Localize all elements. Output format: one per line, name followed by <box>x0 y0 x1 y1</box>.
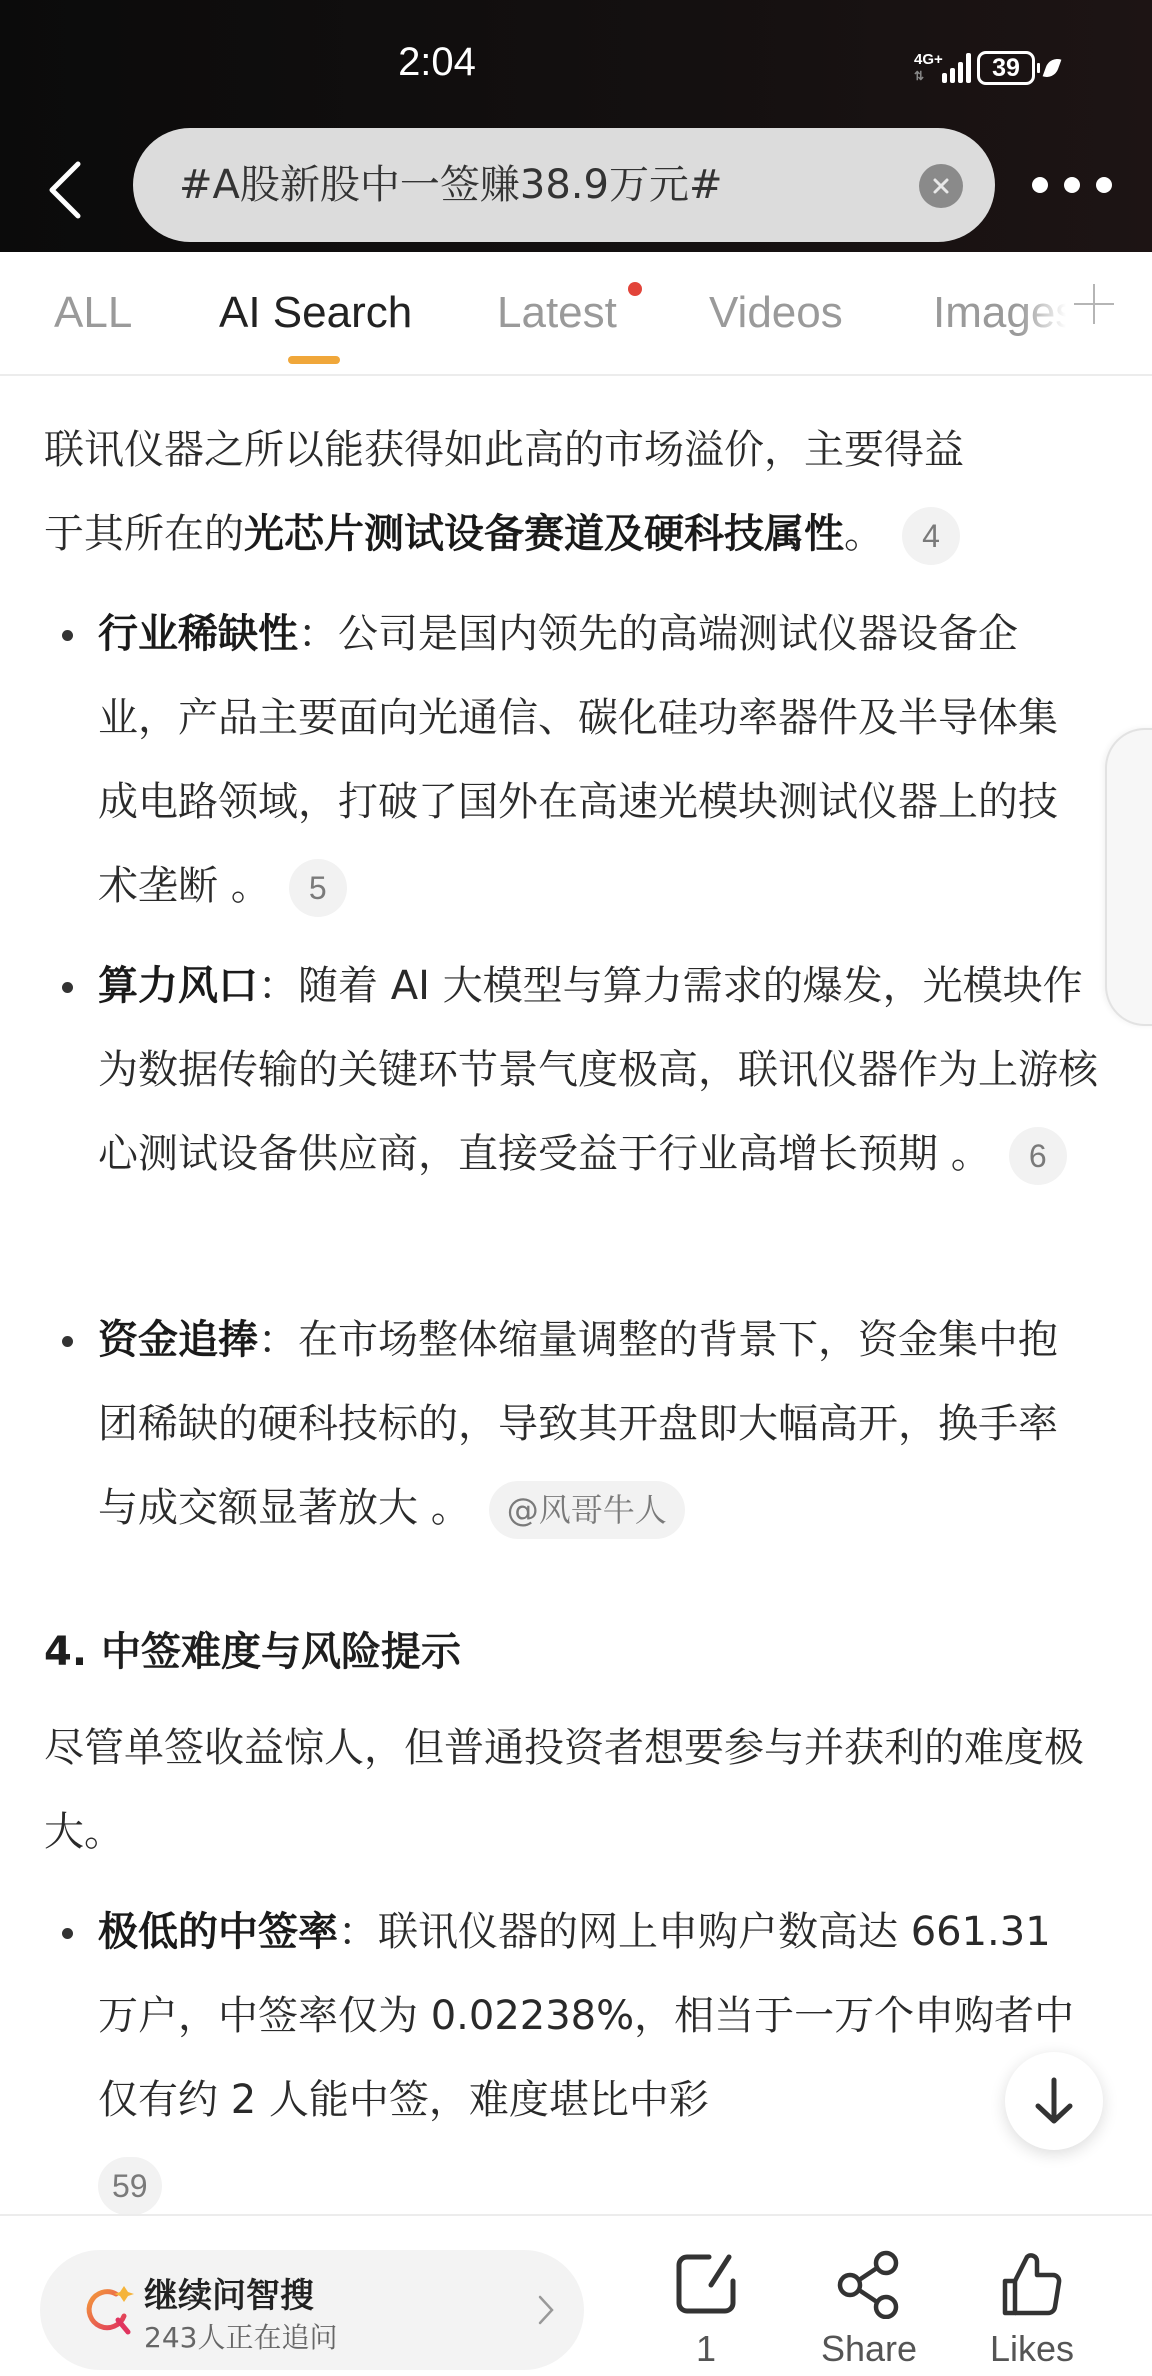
edit-icon <box>671 2249 741 2319</box>
battery-tip <box>1037 63 1040 73</box>
close-icon <box>931 176 951 196</box>
share-icon <box>834 2249 904 2319</box>
battery-icon: 39 <box>977 51 1035 85</box>
tab-latest[interactable]: Latest <box>497 288 617 338</box>
back-button[interactable] <box>40 150 90 230</box>
citation-badge[interactable]: 4 <box>902 507 960 565</box>
list-item: 资金追捧：在市场整体缩量调整的背景下，资金集中抱团稀缺的硬科技标的，导致其开盘即… <box>44 1298 1094 1550</box>
more-options-button[interactable] <box>1032 165 1112 205</box>
active-tab-indicator <box>288 356 340 364</box>
ai-answer-content: 联讯仪器之所以能获得如此高的市场溢价，主要得益 于其所在的光芯片测试设备赛道及硬… <box>0 378 1152 2214</box>
tab-videos[interactable]: Videos <box>709 288 843 338</box>
ask-title: 继续问智搜 <box>144 2268 314 2317</box>
list-item: 极低的中签率：联讯仪器的网上申购户数高达 661.31 万户，中签率仅为 0.0… <box>44 1890 1094 2214</box>
new-badge-dot <box>628 282 642 296</box>
list-item: 算力风口：随着 AI 大模型与算力需求的爆发，光模块作为数据传输的关键环节景气度… <box>44 944 1114 1196</box>
tab-ai-search[interactable]: AI Search <box>219 288 412 338</box>
status-time: 2:04 <box>392 40 482 85</box>
like-icon <box>997 2249 1067 2319</box>
network-icon: 4G+ ⇅ <box>914 53 936 83</box>
search-query[interactable]: #A股新股中一签赚38.9万元# <box>179 128 722 242</box>
signal-icon <box>942 53 971 83</box>
citation-badge[interactable]: 5 <box>289 859 347 917</box>
clear-search-button[interactable] <box>919 164 963 208</box>
add-tab-icon[interactable] <box>1074 284 1114 324</box>
side-drawer-handle[interactable] <box>1105 728 1152 1026</box>
likes-label: Likes <box>990 2328 1074 2370</box>
bullet-term: 行业稀缺性 <box>98 611 298 657</box>
like-button[interactable]: Likes <box>972 2246 1092 2370</box>
bullet-term: 极低的中签率 <box>98 1909 338 1955</box>
ai-search-icon <box>80 2280 140 2340</box>
tab-bar: ALL AI Search Latest Videos Images <box>0 252 1152 376</box>
citation-badge[interactable]: 59 <box>98 2157 162 2214</box>
ask-subtitle: 243人正在追问 <box>144 2316 337 2356</box>
continue-ask-button[interactable]: 继续问智搜 243人正在追问 <box>40 2250 584 2370</box>
status-icons: 4G+ ⇅ 39 <box>914 48 1058 88</box>
tab-all[interactable]: ALL <box>54 288 132 338</box>
intro-paragraph: 联讯仪器之所以能获得如此高的市场溢价，主要得益 于其所在的光芯片测试设备赛道及硬… <box>44 408 1094 576</box>
header: 2:04 4G+ ⇅ 39 #A股新股中一签赚38.9万元# <box>0 0 1152 252</box>
power-saving-icon <box>1043 56 1062 81</box>
section-heading: 4. 中签难度与风险提示 <box>44 1622 461 1682</box>
chevron-left-icon <box>48 160 82 220</box>
more-dot-icon <box>1096 177 1112 193</box>
author-citation-badge[interactable]: @风哥牛人 <box>489 1481 685 1539</box>
bullet-term: 算力风口 <box>98 963 258 1009</box>
highlight-text: 光芯片测试设备赛道及硬科技属性 <box>244 511 844 557</box>
share-button[interactable]: Share <box>809 2246 929 2370</box>
section-paragraph: 尽管单签收益惊人，但普通投资者想要参与并获利的难度极大。 <box>44 1706 1094 1874</box>
bullet-term: 资金追捧 <box>98 1317 258 1363</box>
share-label: Share <box>821 2328 917 2370</box>
scroll-to-bottom-button[interactable] <box>1005 2052 1103 2150</box>
bottom-bar: 继续问智搜 243人正在追问 1 Share Likes <box>0 2214 1152 2376</box>
list-item: 行业稀缺性：公司是国内领先的高端测试仪器设备企业，产品主要面向光通信、碳化硅功率… <box>44 592 1094 928</box>
citation-badge[interactable]: 6 <box>1009 1127 1067 1185</box>
comment-button[interactable]: 1 <box>646 2246 766 2370</box>
comment-count: 1 <box>696 2328 716 2370</box>
chevron-right-icon <box>526 2286 566 2334</box>
more-dot-icon <box>1064 177 1080 193</box>
more-dot-icon <box>1032 177 1048 193</box>
arrow-down-icon <box>1032 2076 1076 2126</box>
search-input[interactable]: #A股新股中一签赚38.9万元# <box>133 128 995 242</box>
